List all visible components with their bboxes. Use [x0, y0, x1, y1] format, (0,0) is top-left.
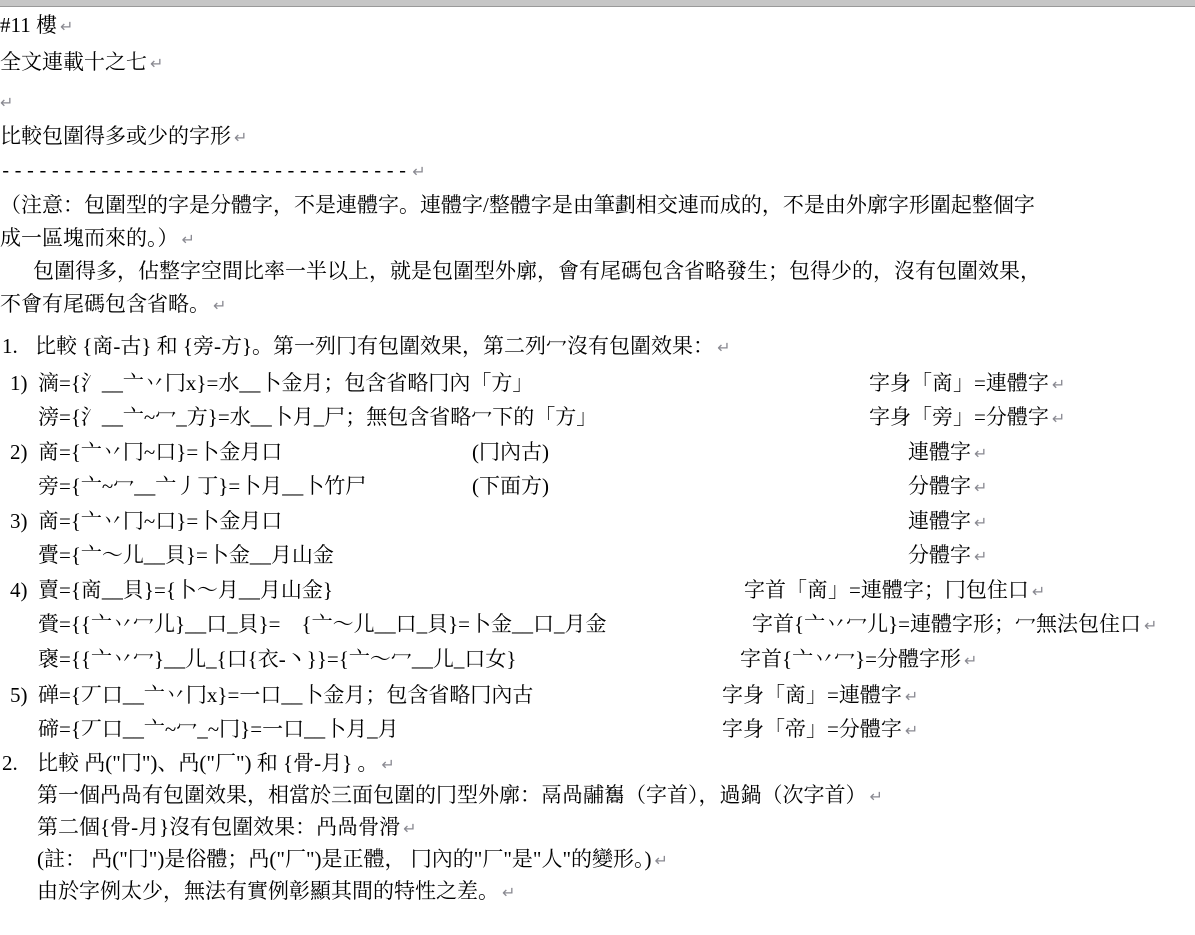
table-row: 旁={亠~冖__亠丿丁}=卜月__卜竹尸 (下面方) 分體字↵: [0, 473, 1195, 499]
paragraph-mark-icon: ↵: [1049, 375, 1065, 394]
paragraph-mark-icon: ↵: [378, 755, 394, 774]
paragraph-mark-icon: ↵: [971, 547, 987, 566]
paragraph-mark-icon: ↵: [0, 93, 13, 112]
paragraph-mark-icon: ↵: [499, 883, 515, 902]
section2-heading-text: 比較 冎("冂")、冎("厂") 和 {骨-月} 。: [37, 751, 378, 775]
row-number: 1): [10, 370, 28, 396]
paragraph-mark-icon: ↵: [231, 128, 247, 147]
row-remark: 字首「啇」=連體字；冂包住口↵: [744, 577, 1045, 605]
row-number: 5): [10, 682, 28, 708]
row-formula: 䃅={丆口__亠丷冂x}=一口__卜金月；包含省略冂內古: [38, 682, 533, 708]
row-formula: 碲={丆口__亠~冖_~冂}=一口__卜月_月: [38, 716, 399, 742]
row-formula: 賷={亠～儿__貝}=卜金__月山金: [38, 542, 334, 568]
paragraph-mark-icon: ↵: [1049, 409, 1065, 428]
row-remark: 連體字↵: [908, 508, 987, 536]
section2-heading: 2. 比較 冎("冂")、冎("厂") 和 {骨-月} 。↵: [0, 750, 1195, 776]
window-chrome-strip: [0, 0, 1195, 7]
table-row: 賫={{亠丷冖儿}__口_貝}= {亠～儿__口_貝}=卜金__口_月金 字首{…: [0, 611, 1195, 637]
paragraph-mark-icon: ↵: [902, 687, 918, 706]
intro-paragraph-line2: 不會有尾碼包含省略。↵: [0, 291, 1195, 317]
paragraph-mark-icon: ↵: [961, 651, 977, 670]
note-paragraph-line1: （注意：包圍型的字是分體字，不是連體字。連體字/整體字是由筆劃相交連而成的，不是…: [0, 192, 1195, 218]
section1-number: 1.: [2, 333, 18, 359]
section1-heading-text: 比較 {啇-古} 和 {旁-方}。第一列冂有包圍效果，第二列冖沒有包圍效果：: [35, 334, 714, 358]
row-formula: 啇={亠丷冂~口}=卜金月口: [38, 508, 282, 534]
paragraph-mark-icon: ↵: [714, 338, 730, 357]
row-remark: 字身「旁」=分體字↵: [869, 404, 1065, 432]
line-topic-title: 比較包圍得多或少的字形↵: [0, 123, 1195, 149]
row-remark: 字身「帝」=分體字↵: [722, 716, 918, 744]
line-serial-title: 全文連載十之七↵: [0, 49, 1195, 75]
paragraph-mark-icon: ↵: [409, 162, 426, 181]
row-formula: 滴={氵__亠丷冂x}=水__卜金月；包含省略冂內「方」: [38, 370, 533, 396]
table-row: 1) 滴={氵__亠丷冂x}=水__卜金月；包含省略冂內「方」 字身「啇」=連體…: [0, 370, 1195, 396]
paragraph-mark-icon: ↵: [1141, 616, 1157, 635]
row-formula: 旁={亠~冖__亠丿丁}=卜月__卜竹尸: [38, 473, 366, 499]
table-row: 2) 啇={亠丷冂~口}=卜金月口 (冂內古) 連體字↵: [0, 439, 1195, 465]
line-post-number: #11 樓↵: [0, 12, 1195, 38]
paragraph-mark-icon: ↵: [652, 851, 668, 870]
intro-paragraph-line1: 包圍得多，佔整字空間比率一半以上，就是包圍型外廓，會有尾碼包含省略發生；包得少的…: [33, 258, 1195, 284]
row-remark: 連體字↵: [908, 439, 987, 467]
paragraph-mark-icon: ↵: [179, 230, 195, 249]
paragraph-mark-icon: ↵: [971, 444, 987, 463]
row-formula: 啇={亠丷冂~口}=卜金月口: [38, 439, 282, 465]
section2-line4: 由於字例太少，無法有實例彰顯其間的特性之差。↵: [37, 878, 1195, 904]
row-formula: 賫={{亠丷冖儿}__口_貝}= {亠～儿__口_貝}=卜金__口_月金: [38, 611, 607, 637]
section2-number: 2.: [2, 750, 18, 776]
paragraph-mark-icon: ↵: [902, 721, 918, 740]
row-number: 4): [10, 577, 28, 603]
table-row: 滂={氵__亠~冖_方}=水__卜月_尸；無包含省略冖下的「方」 字身「旁」=分…: [0, 404, 1195, 430]
table-row: 3) 啇={亠丷冂~口}=卜金月口 連體字↵: [0, 508, 1195, 534]
section2-line1: 第一個冎咼有包圍效果，相當於三面包圍的冂型外廓：鬲咼鬴雟（字首），過鍋（次字首）…: [37, 782, 1195, 808]
paragraph-mark-icon: ↵: [210, 296, 226, 315]
paragraph-mark-icon: ↵: [1029, 582, 1045, 601]
document-page: #11 樓↵ 全文連載十之七↵ ↵ 比較包圍得多或少的字形↵ ---------…: [0, 0, 1195, 935]
paragraph-mark-icon: ↵: [147, 54, 163, 73]
section2-note-line: (註： 冎("冂")是俗體；冎("厂")是正體， 冂內的"厂"是"人"的變形。)…: [37, 846, 1195, 872]
row-remark: 字首{亠丷冖}=分體字形↵: [740, 646, 977, 674]
row-formula: 襃={{亠丷冖}__儿_{口{衣-丶}}={亠～冖__儿_口女}: [38, 646, 516, 672]
paragraph-mark-icon: ↵: [57, 17, 73, 36]
row-remark: 字首{亠丷冖儿}=連體字形；冖無法包住口↵: [752, 611, 1157, 639]
row-remark: 字身「啇」=連體字↵: [869, 370, 1065, 398]
paragraph-mark-icon: ↵: [971, 478, 987, 497]
section1-heading: 1. 比較 {啇-古} 和 {旁-方}。第一列冂有包圍效果，第二列冖沒有包圍效果…: [0, 333, 1195, 359]
table-row: 賷={亠～儿__貝}=卜金__月山金 分體字↵: [0, 542, 1195, 568]
row-note: (下面方): [472, 473, 549, 499]
paragraph-mark-icon: ↵: [971, 513, 987, 532]
section2-line2: 第二個{骨-月}沒有包圍效果：冎咼骨滑↵: [37, 814, 1195, 840]
table-row: 5) 䃅={丆口__亠丷冂x}=一口__卜金月；包含省略冂內古 字身「啇」=連體…: [0, 682, 1195, 708]
table-row: 襃={{亠丷冖}__儿_{口{衣-丶}}={亠～冖__儿_口女} 字首{亠丷冖}…: [0, 646, 1195, 672]
row-formula: 賣={啇__貝}={卜～月__月山金}: [38, 577, 333, 603]
row-remark: 字身「啇」=連體字↵: [722, 682, 918, 710]
row-note: (冂內古): [472, 439, 549, 465]
note-paragraph-line2: 成一區塊而來的。）↵: [0, 225, 1195, 251]
row-remark: 分體字↵: [908, 473, 987, 501]
table-row: 碲={丆口__亠~冖_~冂}=一口__卜月_月 字身「帝」=分體字↵: [0, 716, 1195, 742]
table-row: 4) 賣={啇__貝}={卜～月__月山金} 字首「啇」=連體字；冂包住口↵: [0, 577, 1195, 603]
divider-dashes: ---------------------------------↵: [0, 159, 1195, 185]
paragraph-mark-icon: ↵: [400, 819, 416, 838]
line-blank: ↵: [0, 88, 1195, 114]
row-formula: 滂={氵__亠~冖_方}=水__卜月_尸；無包含省略冖下的「方」: [38, 404, 597, 430]
paragraph-mark-icon: ↵: [867, 787, 883, 806]
row-number: 3): [10, 508, 28, 534]
row-number: 2): [10, 439, 28, 465]
row-remark: 分體字↵: [908, 542, 987, 570]
